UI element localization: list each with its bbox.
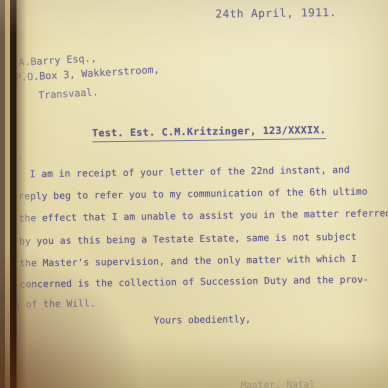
address-line-region: Transvaal. xyxy=(38,87,99,101)
body-line: to the effect that I am unable to assist… xyxy=(1,208,388,224)
body-line: I am in receipt of your letter of the 22… xyxy=(30,165,350,180)
body-line: to the Master's supervision, and the onl… xyxy=(2,254,357,270)
footer-partial-text: Master, Natal xyxy=(241,379,316,388)
book-binding-edge xyxy=(0,0,40,388)
body-line: to by you as this being a Testate Estate… xyxy=(2,232,357,248)
body-line: am concerned is the collection of Succes… xyxy=(2,275,369,291)
letter-date: 24th April, 1911. xyxy=(215,6,336,21)
document-photo: 24th April, 1911. C.A.Barry Esq., P.O.Bo… xyxy=(0,0,388,388)
letter-page: 24th April, 1911. C.A.Barry Esq., P.O.Bo… xyxy=(0,0,388,388)
subject-line: Test. Est. C.M.Kritzinger, 123/XXXIX. xyxy=(92,125,326,142)
closing-valediction: Yours obediently, xyxy=(154,314,251,326)
body-line: in reply beg to refer you to my communic… xyxy=(1,187,368,203)
recipient-address: C.A.Barry Esq., P.O.Box 3, Wakkerstroom,… xyxy=(4,45,247,119)
